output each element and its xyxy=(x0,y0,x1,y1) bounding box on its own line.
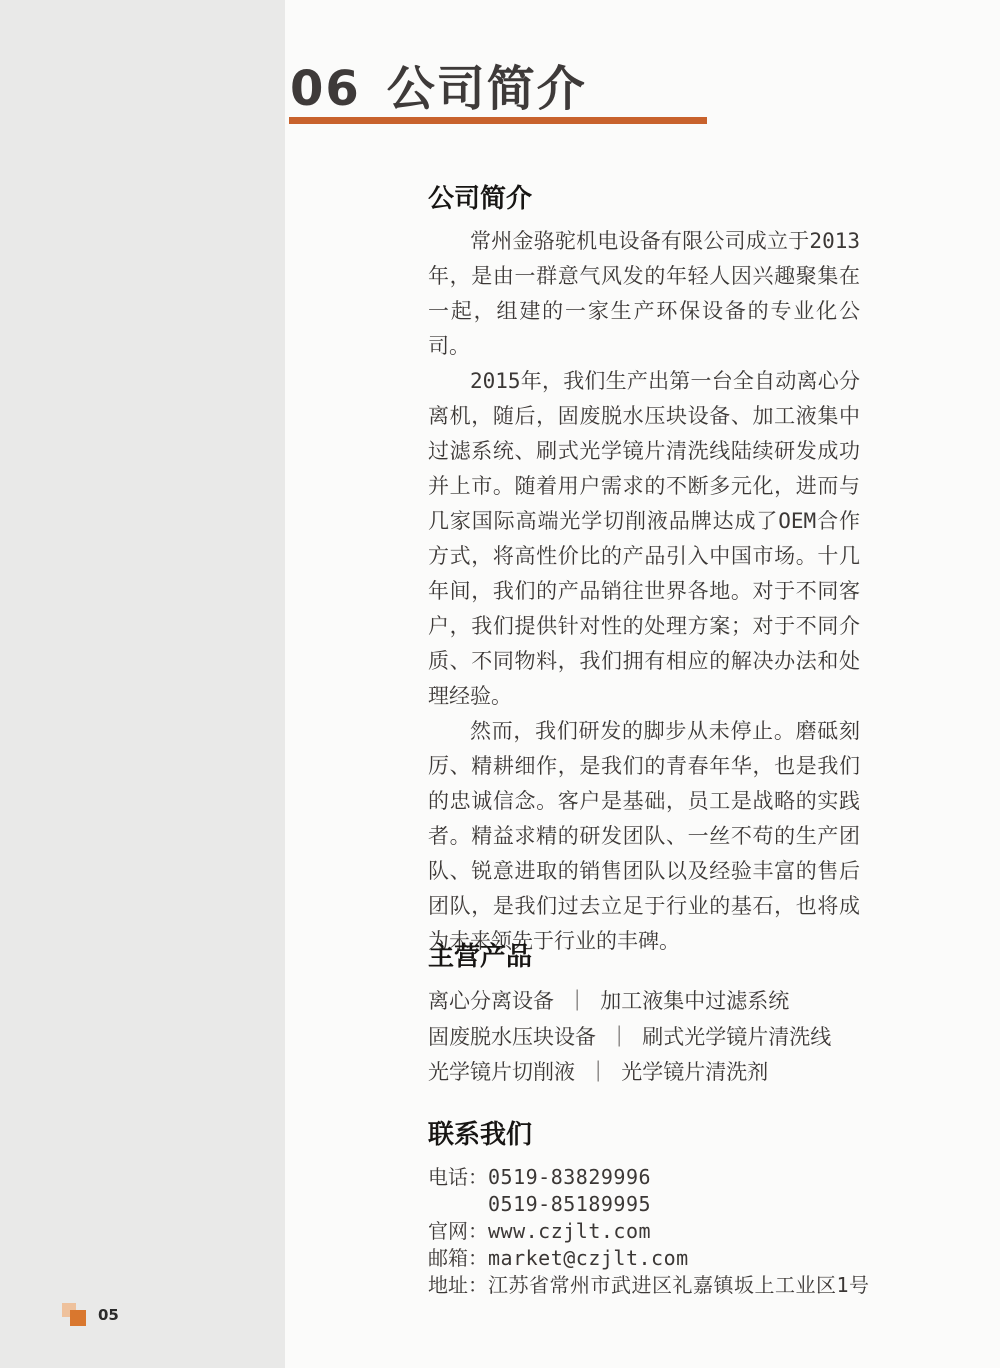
product-line: 光学镜片切削液 ｜ 光学镜片清洗剂 xyxy=(428,1055,860,1091)
section-company-intro: 公司简介 常州金骆驼机电设备有限公司成立于2013年，是由一群意气风发的年轻人因… xyxy=(428,178,860,959)
section-contact-us: 联系我们 电话： 0519-83829996 0519-85189995 官网：… xyxy=(428,1114,860,1299)
products-list: 离心分离设备 ｜ 加工液集中过滤系统 固废脱水压块设备 ｜ 刷式光学镜片清洗线 … xyxy=(428,984,860,1091)
contact-label: 地址： xyxy=(428,1272,488,1299)
contact-row-email: 邮箱： market@czjlt.com xyxy=(428,1245,860,1272)
intro-heading: 公司简介 xyxy=(428,178,860,215)
intro-paragraph: 常州金骆驼机电设备有限公司成立于2013年，是由一群意气风发的年轻人因兴趣聚集在… xyxy=(428,224,860,364)
page-title-text: 公司简介 xyxy=(387,61,587,117)
contact-row-phone: 电话： 0519-83829996 xyxy=(428,1164,860,1191)
page-number: 05 xyxy=(98,1306,119,1324)
product-line: 离心分离设备 ｜ 加工液集中过滤系统 xyxy=(428,984,860,1020)
page-title: 06公司简介 xyxy=(290,50,587,119)
contact-row-website: 官网： www.czjlt.com xyxy=(428,1218,860,1245)
contact-address: 江苏省常州市武进区礼嘉镇坂上工业区1号 xyxy=(488,1272,870,1299)
marker-square-dark-icon xyxy=(70,1310,86,1326)
contact-row-address: 地址： 江苏省常州市武进区礼嘉镇坂上工业区1号 xyxy=(428,1272,860,1299)
contact-label: 官网： xyxy=(428,1218,488,1245)
contact-phone-2: 0519-85189995 xyxy=(488,1191,651,1218)
page-title-number: 06 xyxy=(290,61,361,117)
section-main-products: 主营产品 离心分离设备 ｜ 加工液集中过滤系统 固废脱水压块设备 ｜ 刷式光学镜… xyxy=(428,936,860,1091)
intro-paragraph: 然而，我们研发的脚步从未停止。磨砥刻厉、精耕细作，是我们的青春年华，也是我们的忠… xyxy=(428,714,860,959)
contact-label: 邮箱： xyxy=(428,1245,488,1272)
contact-email: market@czjlt.com xyxy=(488,1245,689,1272)
contact-heading: 联系我们 xyxy=(428,1114,860,1151)
contact-label xyxy=(428,1191,488,1218)
page-number-marker: 05 xyxy=(62,1303,142,1329)
product-line: 固废脱水压块设备 ｜ 刷式光学镜片清洗线 xyxy=(428,1020,860,1056)
intro-paragraphs: 常州金骆驼机电设备有限公司成立于2013年，是由一群意气风发的年轻人因兴趣聚集在… xyxy=(428,224,860,959)
contact-phone-1: 0519-83829996 xyxy=(488,1164,651,1191)
contact-label: 电话： xyxy=(428,1164,488,1191)
title-underline-rule xyxy=(289,117,707,124)
contact-rows: 电话： 0519-83829996 0519-85189995 官网： www.… xyxy=(428,1164,860,1299)
products-heading: 主营产品 xyxy=(428,936,860,973)
left-sidebar-band xyxy=(0,0,285,1368)
intro-paragraph: 2015年，我们生产出第一台全自动离心分离机，随后，固废脱水压块设备、加工液集中… xyxy=(428,364,860,714)
contact-website: www.czjlt.com xyxy=(488,1218,651,1245)
contact-row-phone-2: 0519-85189995 xyxy=(428,1191,860,1218)
